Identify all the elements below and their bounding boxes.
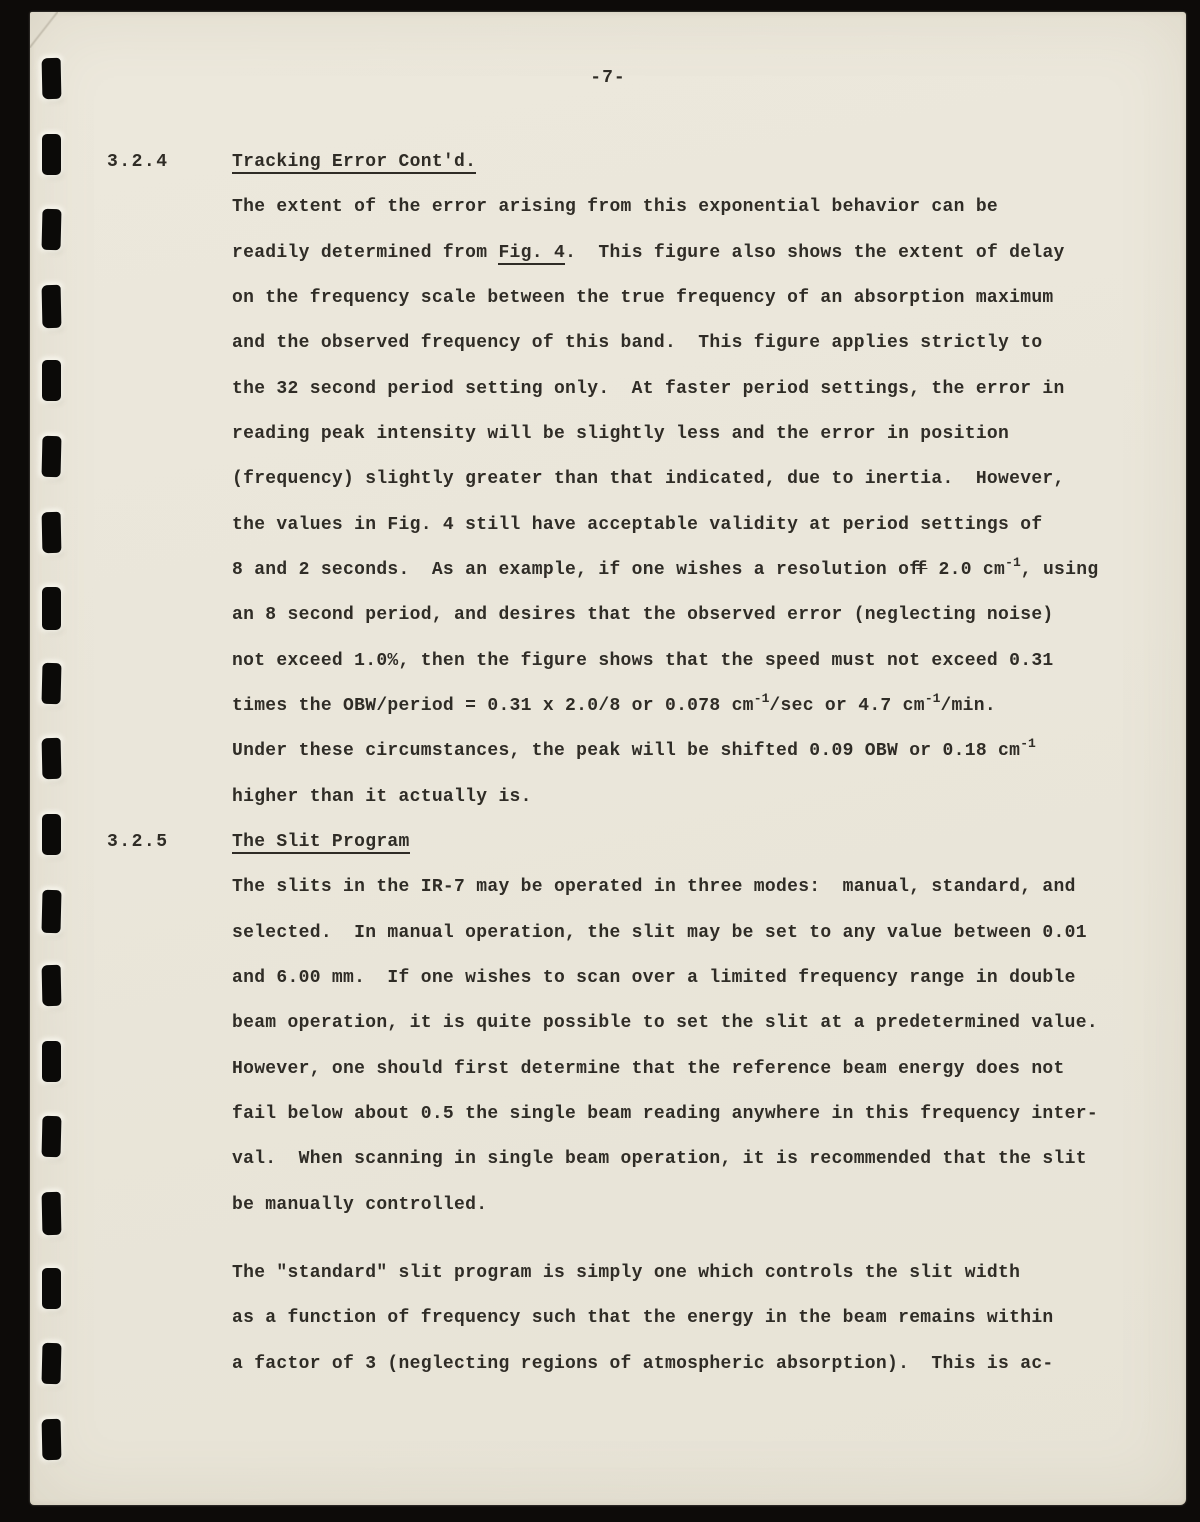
text-line: times the OBW/period = 0.31 x 2.0/8 or 0… [232,684,1098,729]
text-segment: and 6.00 mm. If one wishes to scan over … [232,968,1076,988]
text-line: the 32 second period setting only. At fa… [232,367,1098,412]
paragraph: The extent of the error arising from thi… [232,185,1098,820]
text-line: 8 and 2 seconds. As an example, if one w… [232,548,1098,593]
text-segment: The extent of the error arising from thi… [232,197,998,217]
text-segment: /sec or 4.7 cm [769,696,924,716]
text-segment: a factor of 3 (neglecting regions of atm… [232,1354,1054,1374]
text-segment: beam operation, it is quite possible to … [232,1013,1098,1033]
text-line: The extent of the error arising from thi… [232,185,1098,230]
paragraph: The "standard" slit program is simply on… [232,1251,1098,1387]
text-segment: not exceed 1.0%, then the figure shows t… [232,651,1054,671]
text-segment: selected. In manual operation, the slit … [232,923,1087,943]
text-line: a factor of 3 (neglecting regions of atm… [232,1342,1098,1387]
text-line: beam operation, it is quite possible to … [232,1001,1098,1046]
text-line: The slits in the IR-7 may be operated in… [232,865,1098,910]
text-line: reading peak intensity will be slightly … [232,412,1098,457]
text-segment: higher than it actually is. [232,787,532,807]
paragraph: The slits in the IR-7 may be operated in… [232,865,1098,1228]
text-segment: 8 and 2 seconds. As an example, if one w… [232,560,920,580]
text-segment: The slits in the IR-7 may be operated in… [232,877,1076,897]
superscript-text: -1 [925,691,941,706]
text-line: selected. In manual operation, the slit … [232,911,1098,956]
section-number: 3.2.4 [107,140,169,185]
text-line: val. When scanning in single beam operat… [232,1137,1098,1182]
text-segment: (frequency) slightly greater than that i… [232,469,1065,489]
text-line: The "standard" slit program is simply on… [232,1251,1098,1296]
text-segment: on the frequency scale between the true … [232,288,1054,308]
underlined-text: Fig. 4 [498,243,565,265]
text-line: fail below about 0.5 the single beam rea… [232,1092,1098,1137]
text-line: higher than it actually is. [232,775,1098,820]
text-segment: Under these circumstances, the peak will… [232,741,1020,761]
superscript-text: -1 [1005,555,1021,570]
section-number: 3.2.5 [107,820,169,865]
text-segment: fail below about 0.5 the single beam rea… [232,1104,1098,1124]
section-3.2.4: 3.2.4Tracking Error Cont'd.The extent of… [107,140,1098,820]
text-segment: the values in Fig. 4 still have acceptab… [232,515,1042,535]
text-segment: and the observed frequency of this band.… [232,333,1042,353]
text-segment: an 8 second period, and desires that the… [232,605,1054,625]
text-line: However, one should first determine that… [232,1047,1098,1092]
text-segment: . This figure also shows the extent of d… [565,243,1065,263]
section-heading: Tracking Error Cont'd. [232,140,1098,185]
text-segment: f [916,560,927,580]
text-line: not exceed 1.0%, then the figure shows t… [232,639,1098,684]
text-line: be manually controlled. [232,1183,1098,1228]
text-segment: times the OBW/period = 0.31 x 2.0/8 or 0… [232,696,754,716]
superscript-text: -1 [1020,736,1036,751]
text-segment: val. When scanning in single beam operat… [232,1149,1087,1169]
text-line: on the frequency scale between the true … [232,276,1098,321]
section-3.2.5: 3.2.5The Slit ProgramThe slits in the IR… [107,820,1098,1387]
text-segment: 2.0 cm [927,560,1005,580]
scanned-page: -7- 3.2.4Tracking Error Cont'd.The exten… [0,0,1200,1522]
text-segment: readily determined from [232,243,498,263]
text-line: and 6.00 mm. If one wishes to scan over … [232,956,1098,1001]
section-heading: The Slit Program [232,820,1098,865]
section-content: Tracking Error Cont'd.The extent of the … [232,140,1098,820]
text-segment: be manually controlled. [232,1195,487,1215]
text-line: readily determined from Fig. 4. This fig… [232,231,1098,276]
text-segment: reading peak intensity will be slightly … [232,424,1009,444]
text-line: the values in Fig. 4 still have acceptab… [232,503,1098,548]
text-line: Under these circumstances, the peak will… [232,729,1098,774]
text-line: (frequency) slightly greater than that i… [232,457,1098,502]
text-segment: , using [1021,560,1099,580]
text-segment: The "standard" slit program is simply on… [232,1263,1020,1283]
underlined-text: Tracking Error Cont'd. [232,152,476,174]
text-line: an 8 second period, and desires that the… [232,593,1098,638]
text-line: as a function of frequency such that the… [232,1296,1098,1341]
document-body: 3.2.4Tracking Error Cont'd.The extent of… [30,12,1186,1505]
text-segment: /min. [940,696,996,716]
section-content: The Slit ProgramThe slits in the IR-7 ma… [232,820,1098,1387]
text-segment: the 32 second period setting only. At fa… [232,379,1065,399]
text-line: and the observed frequency of this band.… [232,321,1098,366]
underlined-text: The Slit Program [232,832,410,854]
paper-sheet: -7- 3.2.4Tracking Error Cont'd.The exten… [30,12,1186,1505]
superscript-text: -1 [754,691,770,706]
text-segment: as a function of frequency such that the… [232,1308,1054,1328]
text-segment: However, one should first determine that… [232,1059,1065,1079]
